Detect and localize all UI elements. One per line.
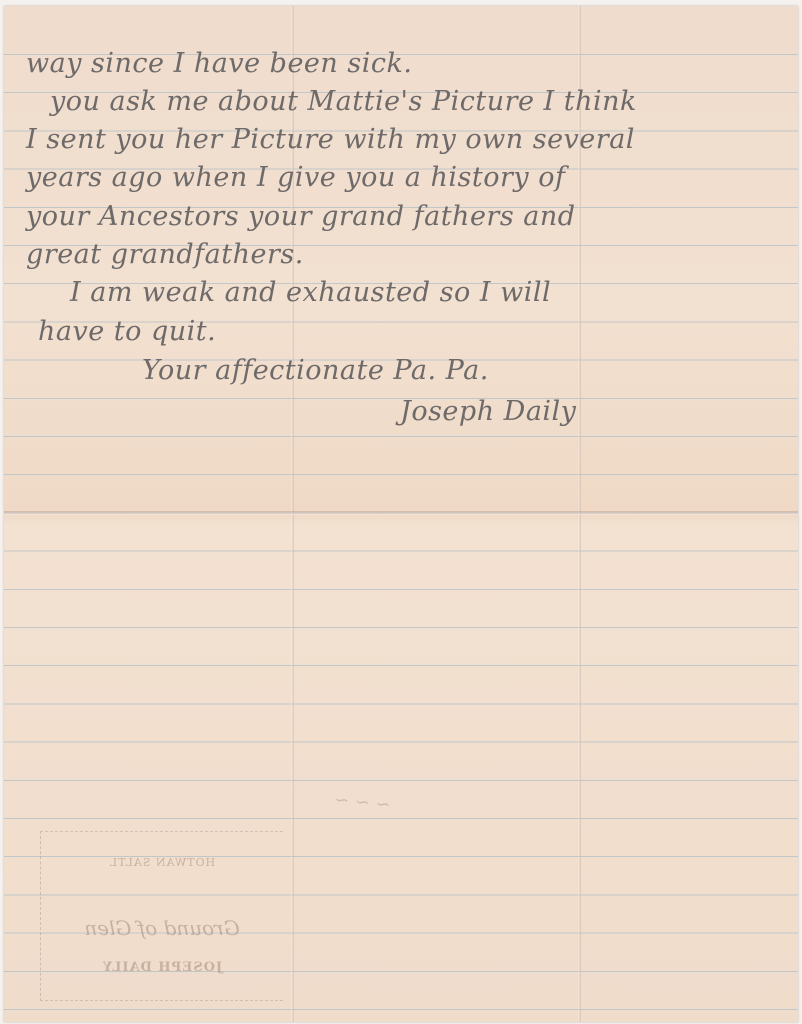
letter-line-4: years ago when I give you a history of [26, 162, 565, 193]
letter-line-1: way since I have been sick. [26, 48, 412, 79]
letter-line-8: have to quit. [38, 316, 216, 347]
letter-line-5: your Ancestors your grand fathers and [26, 201, 576, 232]
emboss-line-1: HOTWAN SALTL [41, 856, 283, 869]
letter-line-2: you ask me about Mattie's Picture I thin… [50, 86, 637, 117]
letter-line-7: I am weak and exhausted so I will [70, 277, 551, 308]
signature: Joseph Daily [400, 396, 576, 427]
embossed-letterhead: HOTWAN SALTL Ground of Glen JOSEPH DAILY [40, 831, 283, 1001]
closing-line: Your affectionate Pa. Pa. [142, 355, 489, 386]
letter-line-3: I sent you her Picture with my own sever… [26, 124, 635, 155]
fold-crease-horizontal [4, 511, 798, 515]
letter-line-6: great grandfathers. [26, 239, 304, 270]
letter-page: way since I have been sick. you ask me a… [4, 6, 798, 1022]
emboss-line-2: Ground of Glen [41, 916, 283, 940]
emboss-line-3: JOSEPH DAILY [41, 960, 283, 975]
